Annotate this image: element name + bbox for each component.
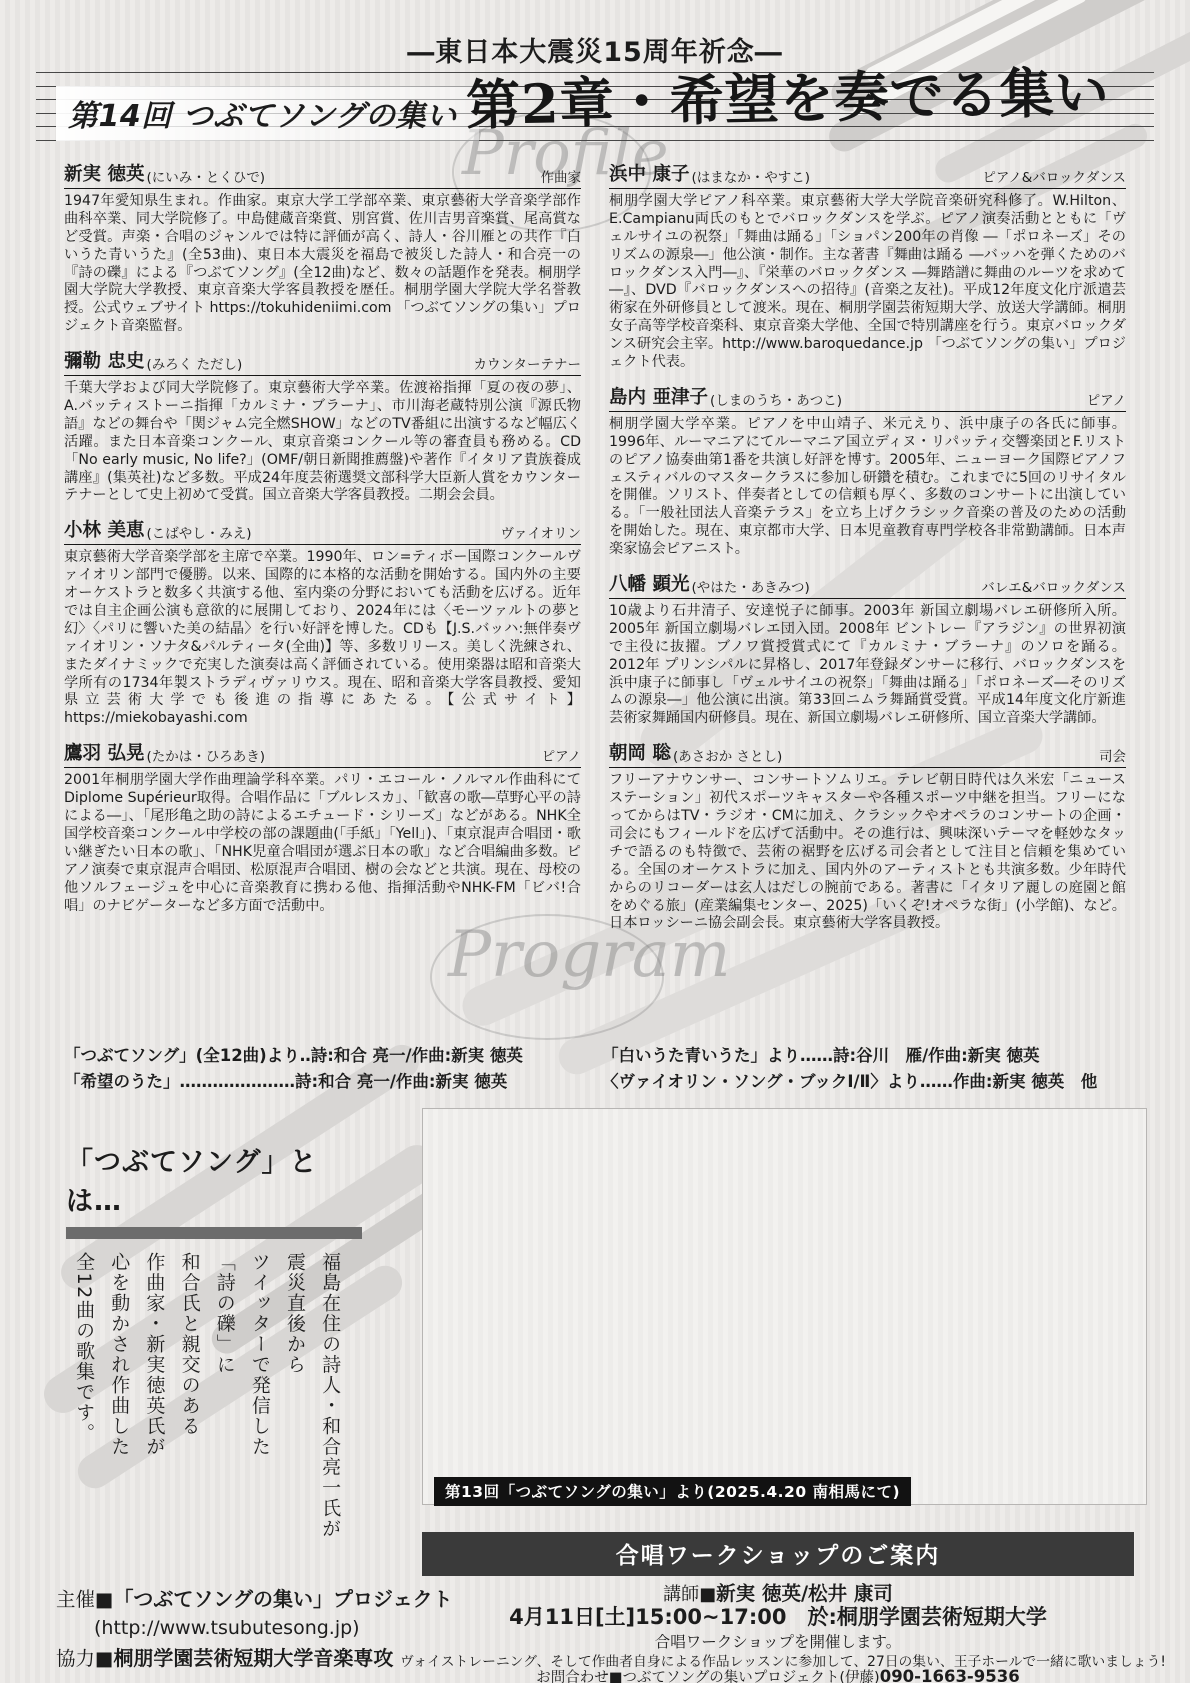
program-item: 「白いうた青いうた」より……詩:谷川 雁/作曲:新実 徳英: [602, 1043, 1126, 1069]
program-item: 「希望のうた」…………………詩:和合 亮一/作曲:新実 徳英: [64, 1069, 588, 1095]
person-bio: 桐朋学園大学卒業。ピアノを中山靖子、米元えり、浜中康子の各氏に師事。1996年、…: [609, 416, 1126, 559]
workshop-date: 4月11日[土]15:00~17:00: [509, 1605, 786, 1629]
person-role: ピアノ&バロックダンス: [982, 166, 1126, 186]
about-divider-bar: [66, 1227, 362, 1239]
about-line: 作曲家・新実徳英氏が: [136, 1252, 171, 1557]
person-furigana: (しまのうち・あつこ): [710, 389, 842, 409]
person-role: ピアノ: [1087, 389, 1126, 409]
cooperation-line: 協力■桐朋学園芸術短期大学音楽専攻: [56, 1643, 453, 1673]
about-section: 「つぶてソング」とは… 福島在住の詩人・和合亮一氏が 震災直後から ツイッターで…: [66, 1140, 362, 1557]
about-line: 「詩の礫」に: [207, 1252, 242, 1557]
profiles-right-column: 浜中 康子 (はまなか・やすこ) ピアノ&バロックダンス 桐朋学園大学ピアノ科卒…: [609, 160, 1126, 1040]
organizer-url[interactable]: (http://www.tsubutesong.jp): [56, 1614, 453, 1643]
photo-caption: 第13回「つぶてソングの集い」より(2025.4.20 南相馬にて): [434, 1477, 911, 1506]
bio-card-yahata: 八幡 顕光 (やはた・あきみつ) バレエ&バロックダンス 10歳より石井清子、安…: [609, 570, 1126, 728]
person-role: ピアノ: [542, 745, 581, 765]
program-left-column: 「つぶてソング」(全12曲)より‥詩:和合 亮一/作曲:新実 徳英 「希望のうた…: [64, 1043, 588, 1096]
person-furigana: (たかは・ひろあき): [146, 745, 265, 765]
program-item: 「つぶてソング」(全12曲)より‥詩:和合 亮一/作曲:新実 徳英: [64, 1043, 588, 1069]
about-line: 福島在住の詩人・和合亮一氏が: [312, 1252, 347, 1557]
bio-card-asaoka: 朝岡 聡 (あさおか さとし) 司会 フリーアナウンサー、コンサートソムリエ。テ…: [609, 739, 1126, 933]
person-name: 小林 美恵: [64, 516, 144, 542]
calligraphy-subtitle: 第2章・希望を奏でる集い: [465, 49, 1156, 140]
bio-card-miroku: 彌勒 忠史 (みろく ただし) カウンターテナー 千葉大学および同大学院修了。東…: [64, 347, 581, 505]
person-bio: 2001年桐朋学園大学作曲理論学科卒業。パリ・エコール・ノルマル作曲科にてDip…: [64, 772, 581, 915]
about-line: 和合氏と親交のある: [171, 1252, 206, 1557]
organizer-line: 主催■「つぶてソングの集い」プロジェクト: [56, 1584, 453, 1614]
bio-card-takaha: 鷹羽 弘晃 (たかは・ひろあき) ピアノ 2001年桐朋学園大学作曲理論学科卒業…: [64, 739, 581, 915]
about-line: 全12曲の歌集です。: [66, 1252, 101, 1557]
person-role: 作曲家: [541, 166, 582, 186]
organizer-label: 主催■: [56, 1588, 113, 1611]
person-name: 朝岡 聡: [609, 739, 671, 765]
bio-card-kobayashi: 小林 美恵 (こばやし・みえ) ヴァイオリン 東京藝術大学音楽学部を主席で卒業。…: [64, 516, 581, 728]
workshop-title-bar: 合唱ワークショップのご案内: [422, 1532, 1134, 1576]
person-name: 浜中 康子: [609, 160, 689, 186]
person-bio: 東京藝術大学音楽学部を主席で卒業。1990年、ロン=ティボー国際コンクールヴァイ…: [64, 549, 581, 728]
person-furigana: (こばやし・みえ): [146, 522, 251, 542]
bio-card-shimanouchi: 島内 亜津子 (しまのうち・あつこ) ピアノ 桐朋学園大学卒業。ピアノを中山靖子…: [609, 383, 1126, 559]
about-heading: 「つぶてソング」とは…: [66, 1140, 362, 1218]
profiles-section: 新実 徳英 (にいみ・とくひで) 作曲家 1947年愛知県生まれ。作曲家。東京大…: [64, 160, 1126, 1040]
workshop-contact: お問合わせ■つぶてソングの集いプロジェクト(伊藤)090-1663-9536: [400, 1666, 1156, 1683]
program-section: 「つぶてソング」(全12曲)より‥詩:和合 亮一/作曲:新実 徳英 「希望のうた…: [64, 1043, 1126, 1096]
profiles-left-column: 新実 徳英 (にいみ・とくひで) 作曲家 1947年愛知県生まれ。作曲家。東京大…: [64, 160, 581, 1040]
person-role: ヴァイオリン: [501, 522, 581, 542]
cooperation-name: 桐朋学園芸術短期大学音楽専攻: [113, 1646, 393, 1670]
concert-photo: [422, 1108, 1147, 1505]
person-role: バレエ&バロックダンス: [981, 576, 1126, 596]
person-name: 鷹羽 弘晃: [64, 739, 144, 765]
about-vertical-text: 福島在住の詩人・和合亮一氏が 震災直後から ツイッターで発信した 「詩の礫」に …: [66, 1252, 347, 1557]
about-line: ツイッターで発信した: [242, 1252, 277, 1557]
workshop-venue: 於:桐朋学園芸術短期大学: [786, 1605, 1046, 1629]
credits-block: 主催■「つぶてソングの集い」プロジェクト (http://www.tsubute…: [56, 1584, 453, 1673]
person-bio: 千葉大学および同大学院修了。東京藝術大学卒業。佐渡裕指揮「夏の夜の夢」、A.バッ…: [64, 380, 581, 505]
person-furigana: (はまなか・やすこ): [691, 166, 810, 186]
person-furigana: (にいみ・とくひで): [146, 166, 265, 186]
organizer-name: 「つぶてソングの集い」プロジェクト: [113, 1587, 452, 1611]
person-role: 司会: [1099, 745, 1126, 765]
person-bio: 10歳より石井清子、安達悦子に師事。2003年 新国立劇場バレエ研修所入所。20…: [609, 603, 1126, 728]
person-name: 彌勒 忠史: [64, 347, 144, 373]
event-number-banner: 第14回 つぶてソングの集い: [56, 86, 479, 141]
event-number-title: 第14回 つぶてソングの集い: [68, 99, 457, 134]
person-role: カウンターテナー: [474, 353, 581, 373]
bio-card-hamanaka: 浜中 康子 (はまなか・やすこ) ピアノ&バロックダンス 桐朋学園大学ピアノ科卒…: [609, 160, 1126, 372]
contact-label: お問合わせ■つぶてソングの集いプロジェクト(伊藤): [536, 1670, 879, 1683]
person-name: 八幡 顕光: [609, 570, 689, 596]
cooperation-label: 協力■: [56, 1647, 113, 1670]
person-bio: 桐朋学園大学ピアノ科卒業。東京藝術大学大学院音楽研究科修了。W.Hilton、E…: [609, 193, 1126, 372]
person-furigana: (あさおか さとし): [673, 745, 782, 765]
workshop-announcement: 合唱ワークショップを開催します。: [400, 1630, 1156, 1652]
person-name: 新実 徳英: [64, 160, 144, 186]
about-line: 震災直後から: [277, 1252, 312, 1557]
program-item: 〈ヴァイオリン・ソング・ブックⅠ/Ⅱ〉より……作曲:新実 徳英 他: [602, 1069, 1126, 1095]
person-bio: フリーアナウンサー、コンサートソムリエ。テレビ朝日時代は久米宏「ニュースステーシ…: [609, 772, 1126, 933]
person-bio: 1947年愛知県生まれ。作曲家。東京大学工学部卒業、東京藝術大学音楽学部作曲科卒…: [64, 193, 581, 336]
person-furigana: (みろく ただし): [146, 353, 242, 373]
contact-phone: 090-1663-9536: [880, 1667, 1020, 1683]
person-furigana: (やはた・あきみつ): [691, 576, 809, 596]
about-line: 心を動かされ作曲した: [101, 1252, 136, 1557]
program-right-column: 「白いうた青いうた」より……詩:谷川 雁/作曲:新実 徳英 〈ヴァイオリン・ソン…: [602, 1043, 1126, 1096]
workshop-datetime: 4月11日[土]15:00~17:00 於:桐朋学園芸術短期大学: [400, 1601, 1156, 1631]
person-name: 島内 亜津子: [609, 383, 708, 409]
bio-card-niimi: 新実 徳英 (にいみ・とくひで) 作曲家 1947年愛知県生まれ。作曲家。東京大…: [64, 160, 581, 336]
